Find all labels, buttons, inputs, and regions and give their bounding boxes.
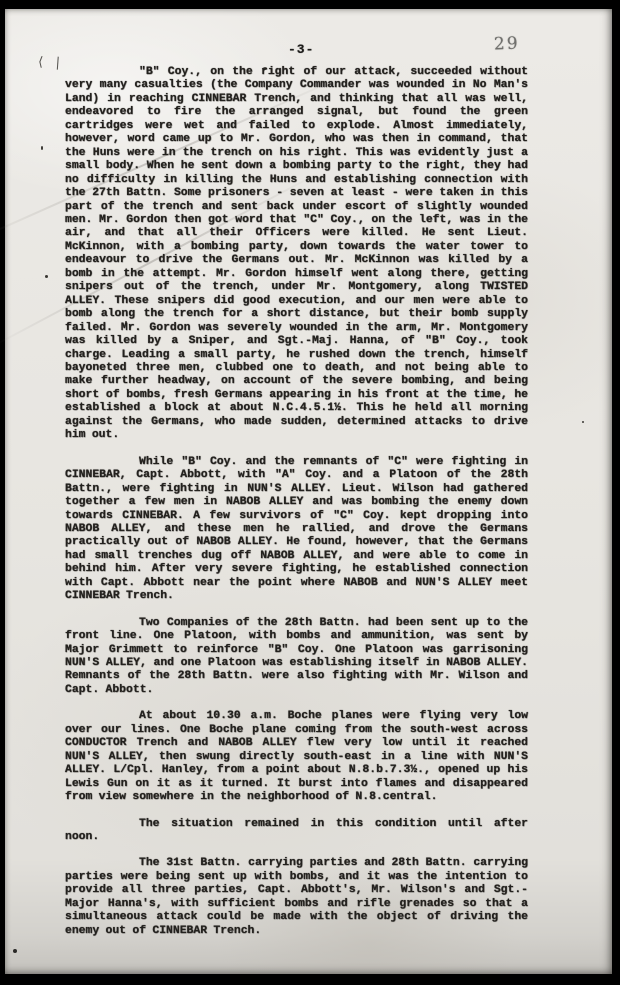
paragraph-carrying-parties: The 31st Battn. carrying parties and 28t… — [65, 857, 528, 938]
scan-speck — [41, 146, 43, 150]
folio-number-pencil: 29 — [494, 35, 520, 54]
paragraph-situation-until-noon: The situation remained in this condition… — [65, 818, 528, 845]
document-body: "B" Coy., on the right of our attack, su… — [65, 66, 528, 951]
paper-sheet: -3- 29 ⟨ ⎸ "B" Coy., on the right of our… — [5, 9, 612, 974]
page-header: -3- 29 — [5, 35, 620, 59]
paragraph-boche-planes: At about 10.30 a.m. Boche planes were fl… — [65, 710, 528, 804]
paragraph-28th-battn-companies: Two Companies of the 28th Battn. had bee… — [65, 617, 528, 698]
scan-speck — [45, 275, 48, 278]
paragraph-nuns-alley-fighting: While "B" Coy. and the remnants of "C" w… — [65, 456, 528, 604]
scan-speck — [582, 421, 584, 423]
scan-speck — [13, 949, 17, 953]
paragraph-b-coy-attack: "B" Coy., on the right of our attack, su… — [65, 66, 528, 443]
scanned-document: -3- 29 ⟨ ⎸ "B" Coy., on the right of our… — [0, 0, 620, 985]
page-number: -3- — [288, 43, 314, 57]
